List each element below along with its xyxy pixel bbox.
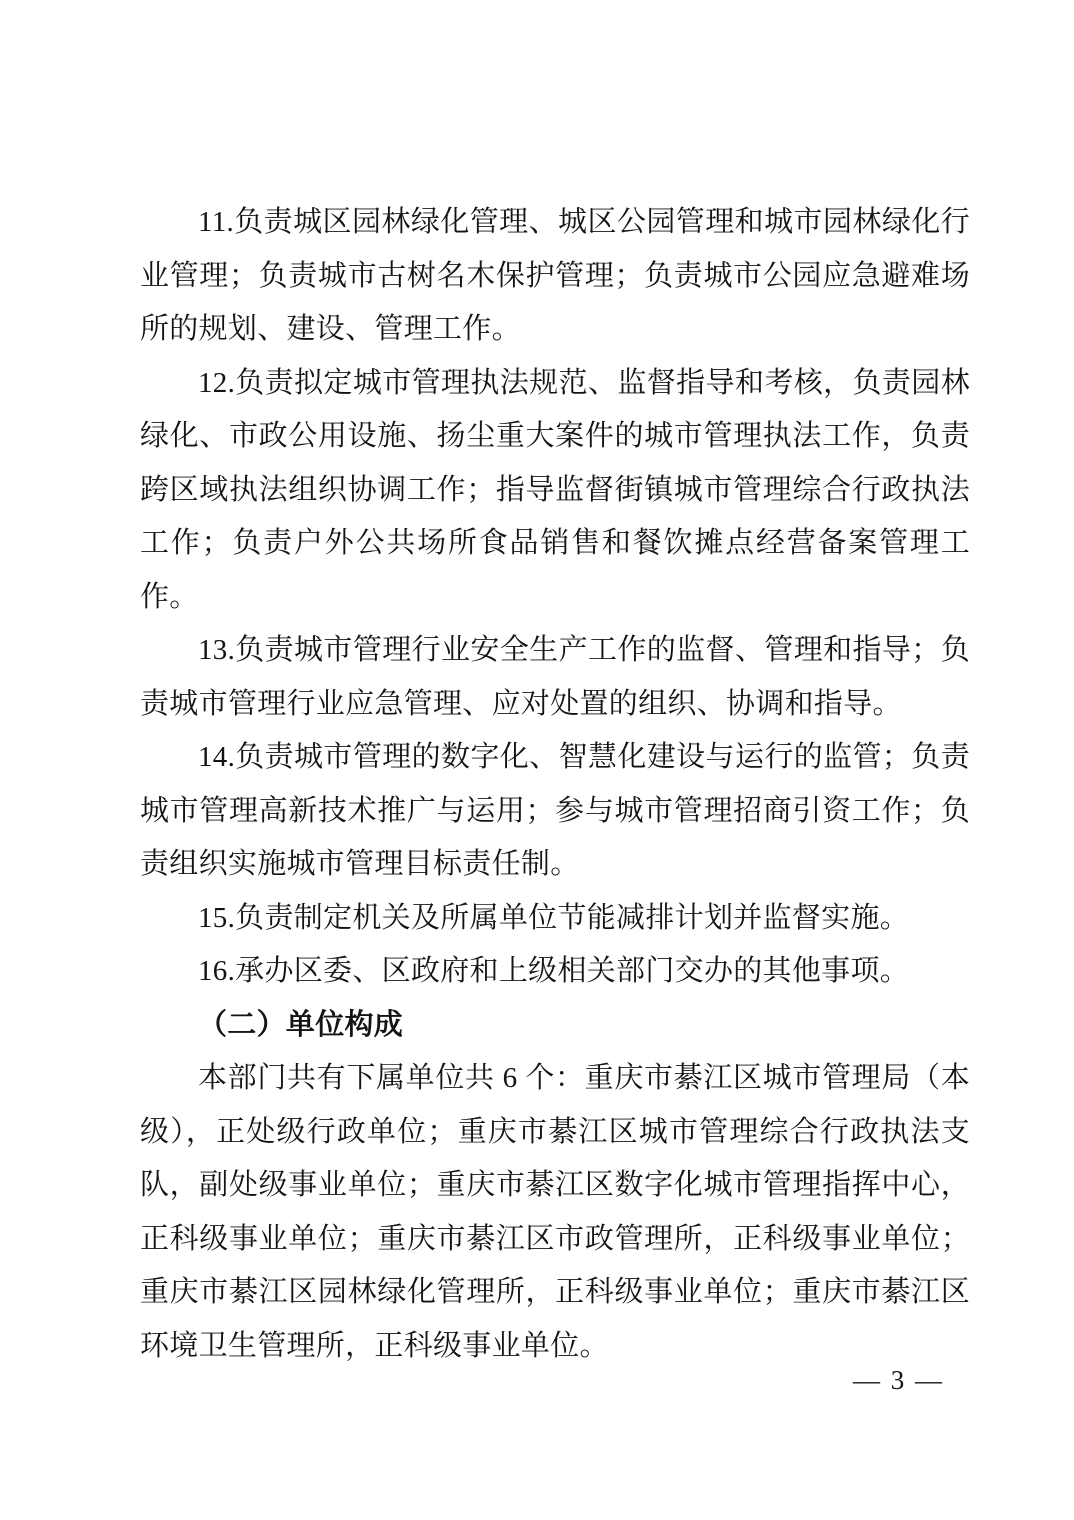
paragraph: 13.负责城市管理行业安全生产工作的监督、管理和指导；负责城市管理行业应急管理、…: [140, 624, 970, 731]
paragraph: 16.承办区委、区政府和上级相关部门交办的其他事项。: [140, 945, 970, 999]
section-heading: （二）单位构成: [140, 999, 970, 1053]
document-body: 11.负责城区园林绿化管理、城区公园管理和城市园林绿化行业管理；负责城市古树名木…: [140, 196, 970, 1373]
paragraph: 15.负责制定机关及所属单位节能减排计划并监督实施。: [140, 892, 970, 946]
page-number: — 3 —: [853, 1363, 944, 1397]
paragraph: 14.负责城市管理的数字化、智慧化建设与运行的监管；负责城市管理高新技术推广与运…: [140, 731, 970, 892]
paragraph: 本部门共有下属单位共 6 个：重庆市綦江区城市管理局（本级），正处级行政单位；重…: [140, 1052, 970, 1373]
paragraph: 11.负责城区园林绿化管理、城区公园管理和城市园林绿化行业管理；负责城市古树名木…: [140, 196, 970, 357]
document-page: { "document": { "paragraphs": [ { "style…: [0, 0, 1074, 1520]
paragraph: 12.负责拟定城市管理执法规范、监督指导和考核，负责园林绿化、市政公用设施、扬尘…: [140, 357, 970, 625]
